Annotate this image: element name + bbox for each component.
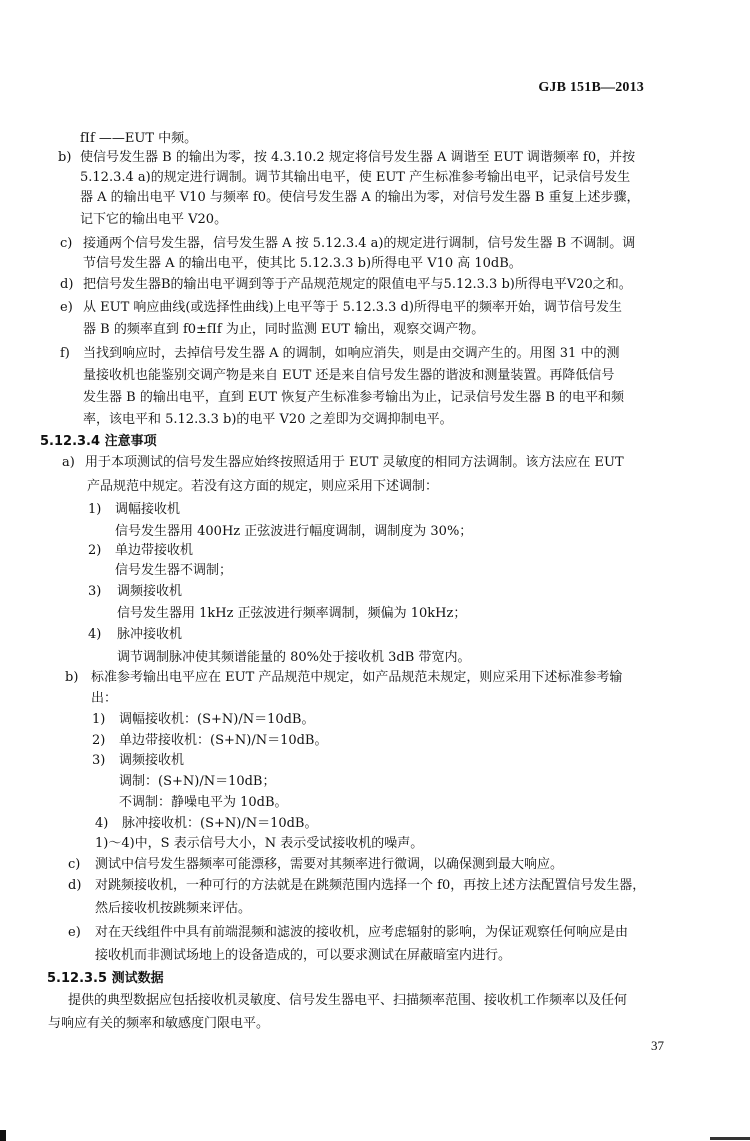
text-line: 信号发生器不调制； [115, 563, 232, 579]
list-marker: c) [68, 857, 80, 873]
text-line: 把信号发生器B的输出电平调到等于产品规范规定的限值电平与5.12.3.3 b)所… [83, 277, 632, 293]
list-marker: 1) [88, 502, 101, 518]
text-line: 率，该电平和 5.12.3.3 b)的电平 V20 之差即为交调抑制电平。 [83, 412, 453, 428]
text-line: 调幅接收机：(S+N)/N＝10dB。 [119, 712, 315, 728]
text-line: 接通两个信号发生器，信号发生器 A 按 5.12.3.4 a)的规定进行调制，信… [83, 236, 635, 252]
list-marker: 4) [88, 627, 101, 643]
document-page: GJB 151B—2013 5.12.3.4 注意事项5.12.3.5 测试数据… [0, 0, 750, 1141]
text-line: 提供的典型数据应包括接收机灵敏度、信号发生器电平、扫描频率范围、接收机工作频率以… [68, 993, 627, 1009]
list-marker: d) [60, 277, 73, 293]
text-line: 调制：(S+N)/N＝10dB； [119, 774, 276, 790]
text-line: 用于本项测试的信号发生器应始终按照适用于 EUT 灵敏度的相同方法调制。该方法应… [85, 455, 624, 471]
text-line: 调节调制脉冲使其频谱能量的 80%处于接收机 3dB 带宽内。 [117, 650, 470, 666]
text-line: 调频接收机 [119, 753, 184, 769]
text-line: 记下它的输出电平 V20。 [80, 212, 227, 228]
text-line: 对在天线组件中具有前端混频和滤波的接收机，应考虑辐射的影响，为保证观察任何响应是… [95, 925, 628, 941]
text-line: 器 B 的频率直到 f0±fIf 为止，同时监测 EUT 输出，观察交调产物。 [83, 322, 484, 338]
text-line: 信号发生器用 400Hz 正弦波进行幅度调制，调制度为 30%； [115, 524, 472, 540]
list-marker: 3) [92, 753, 105, 769]
list-marker: e) [60, 300, 73, 316]
text-line: 不调制：静噪电平为 10dB。 [119, 795, 288, 811]
text-line: 接收机而非测试场地上的设备造成的，可以要求测试在屏蔽暗室内进行。 [95, 948, 511, 964]
text-line: 标准参考输出电平应在 EUT 产品规范中规定，如产品规范未规定，则应采用下述标准… [91, 670, 622, 686]
list-marker: b) [58, 150, 71, 166]
text-line: 脉冲接收机：(S+N)/N＝10dB。 [122, 816, 318, 832]
text-line: 脉冲接收机 [117, 627, 182, 643]
list-marker: c) [60, 236, 72, 252]
text-line: 单边带接收机：(S+N)/N＝10dB。 [119, 733, 328, 749]
list-marker: d) [68, 878, 81, 894]
text-line: 当找到响应时，去掉信号发生器 A 的调制，如响应消失，则是由交调产生的。用图 3… [83, 346, 619, 362]
text-line: 1)～4)中，S 表示信号大小，N 表示受试接收机的噪声。 [95, 836, 423, 852]
text-line: 量接收机也能鉴别交调产物是来自 EUT 还是来自信号发生器的谐波和测量装置。再降… [83, 368, 614, 384]
list-marker: b) [65, 670, 78, 686]
text-line: 与响应有关的频率和敏感度门限电平。 [48, 1016, 269, 1032]
scan-artifact [710, 1137, 750, 1140]
standard-code: GJB 151B—2013 [538, 80, 644, 96]
scan-artifact [0, 1130, 6, 1141]
text-line: 发生器 B 的输出电平，直到 EUT 恢复产生标准参考输出为止，记录信号发生器 … [83, 390, 624, 406]
text-line: 调频接收机 [117, 584, 182, 600]
text-line: 测试中信号发生器频率可能漂移，需要对其频率进行微调，以确保测到最大响应。 [95, 857, 563, 873]
list-marker: a) [62, 455, 75, 471]
list-marker: 2) [88, 543, 101, 559]
list-marker: 4) [95, 816, 108, 832]
list-marker: 1) [92, 712, 105, 728]
page-number: 37 [651, 1038, 664, 1054]
text-line: 使信号发生器 B 的输出为零，按 4.3.10.2 规定将信号发生器 A 调谐至… [80, 150, 635, 166]
text-line: 节信号发生器 A 的输出电平，使其比 5.12.3.3 b)所得电平 V10 高… [83, 256, 522, 272]
list-marker: f) [60, 346, 70, 362]
section-heading: 5.12.3.5 测试数据 [47, 971, 164, 987]
text-line: 信号发生器用 1kHz 正弦波进行频率调制，频偏为 10kHz； [117, 606, 466, 622]
section-heading: 5.12.3.4 注意事项 [40, 434, 157, 450]
text-line: 5.12.3.4 a)的规定进行调制。调节其输出电平，使 EUT 产生标准参考输… [80, 170, 630, 186]
text-line: 器 A 的输出电平 V10 与频率 f0。使信号发生器 A 的输出为零，对信号发… [80, 190, 640, 206]
list-marker: 2) [92, 733, 105, 749]
text-line: 出： [91, 691, 117, 707]
text-line: 然后接收机按跳频来评估。 [95, 901, 251, 917]
text-line: 对跳频接收机，一种可行的方法就是在跳频范围内选择一个 f0，再按上述方法配置信号… [95, 878, 645, 894]
list-marker: e) [68, 925, 81, 941]
text-line: 调幅接收机 [115, 502, 180, 518]
list-marker: 3) [88, 584, 101, 600]
text-line: 单边带接收机 [115, 543, 193, 559]
text-line: 从 EUT 响应曲线(或选择性曲线)上电平等于 5.12.3.3 d)所得电平的… [83, 300, 622, 316]
text-line: 产品规范中规定。若没有这方面的规定，则应采用下述调制： [87, 479, 438, 495]
text-line: fIf ——EUT 中频。 [80, 131, 197, 147]
